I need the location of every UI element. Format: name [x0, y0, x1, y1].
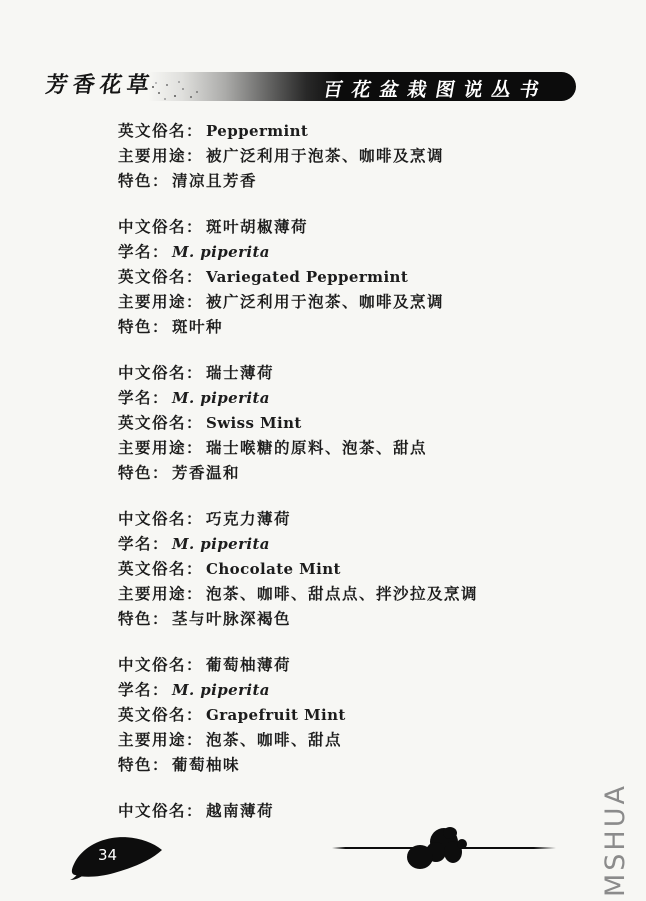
series-title-left: 芳香花草 — [44, 68, 157, 100]
field-value: Swiss Mint — [206, 414, 302, 432]
field-line: 主要用途：泡茶、咖啡、甜点 — [118, 728, 588, 753]
field-line: 中文俗名：越南薄荷 — [118, 799, 588, 824]
field-line: 特色：斑叶种 — [118, 315, 588, 340]
field-label: 特色： — [118, 172, 169, 190]
field-label: 学名： — [118, 681, 169, 699]
entry-block: 英文俗名：Peppermint 主要用途：被广泛利用于泡茶、咖啡及烹调 特色：清… — [118, 119, 588, 194]
field-value: Peppermint — [206, 122, 308, 140]
field-line: 学名：M. piperita — [118, 678, 588, 703]
field-value: 瑞士喉糖的原料、泡茶、甜点 — [206, 439, 427, 457]
field-value: 葡萄柚薄荷 — [206, 656, 291, 674]
series-banner: 百花盆栽图说丛书 — [148, 72, 576, 101]
field-label: 特色： — [118, 756, 169, 774]
entry-block: 中文俗名：越南薄荷 — [118, 799, 588, 824]
field-label: 主要用途： — [118, 731, 203, 749]
field-value: 巧克力薄荷 — [206, 510, 291, 528]
field-value: M. piperita — [172, 535, 270, 553]
field-label: 中文俗名： — [118, 218, 203, 236]
field-line: 特色：葡萄柚味 — [118, 753, 588, 778]
scanned-book-page: 芳香花草 百花盆栽图说丛书 英文俗名：Peppermint 主要用途：被广泛利用… — [0, 0, 646, 901]
field-label: 学名： — [118, 535, 169, 553]
field-value: Variegated Peppermint — [206, 268, 408, 286]
field-label: 主要用途： — [118, 293, 203, 311]
field-value: 越南薄荷 — [206, 802, 274, 820]
field-label: 英文俗名： — [118, 268, 203, 286]
entry-block: 中文俗名：巧克力薄荷 学名：M. piperita 英文俗名：Chocolate… — [118, 507, 588, 632]
field-line: 学名：M. piperita — [118, 240, 588, 265]
field-value: 葡萄柚味 — [172, 756, 240, 774]
field-line: 中文俗名：葡萄柚薄荷 — [118, 653, 588, 678]
field-line: 特色：清凉且芳香 — [118, 169, 588, 194]
field-value: 芳香温和 — [172, 464, 240, 482]
page-number-leaf: 34 — [70, 834, 164, 880]
field-line: 主要用途：被广泛利用于泡茶、咖啡及烹调 — [118, 290, 588, 315]
leaf-icon: 34 — [70, 834, 164, 880]
field-value: M. piperita — [172, 681, 270, 699]
field-line: 学名：M. piperita — [118, 386, 588, 411]
field-label: 英文俗名： — [118, 122, 203, 140]
field-line: 中文俗名：瑞士薄荷 — [118, 361, 588, 386]
field-line: 主要用途：被广泛利用于泡茶、咖啡及烹调 — [118, 144, 588, 169]
banner-title: 百花盆栽图说丛书 — [322, 75, 551, 102]
field-label: 中文俗名： — [118, 656, 203, 674]
watermark: MSHUA — [600, 775, 640, 901]
field-value: Chocolate Mint — [206, 560, 341, 578]
field-label: 主要用途： — [118, 585, 203, 603]
field-line: 中文俗名：斑叶胡椒薄荷 — [118, 215, 588, 240]
field-label: 特色： — [118, 464, 169, 482]
field-value: M. piperita — [172, 389, 270, 407]
field-value: 清凉且芳香 — [172, 172, 257, 190]
field-value: 被广泛利用于泡茶、咖啡及烹调 — [206, 293, 444, 311]
entry-block: 中文俗名：斑叶胡椒薄荷 学名：M. piperita 英文俗名：Variegat… — [118, 215, 588, 340]
field-value: Grapefruit Mint — [206, 706, 346, 724]
ink-speckle-decoration — [152, 86, 154, 88]
field-label: 学名： — [118, 389, 169, 407]
field-value: M. piperita — [172, 243, 270, 261]
field-line: 主要用途：瑞士喉糖的原料、泡茶、甜点 — [118, 436, 588, 461]
field-label: 英文俗名： — [118, 414, 203, 432]
ink-blot-decoration — [400, 826, 480, 874]
field-line: 英文俗名：Grapefruit Mint — [118, 703, 588, 728]
field-value: 斑叶胡椒薄荷 — [206, 218, 308, 236]
field-value: 被广泛利用于泡茶、咖啡及烹调 — [206, 147, 444, 165]
field-label: 学名： — [118, 243, 169, 261]
field-value: 斑叶种 — [172, 318, 223, 336]
field-label: 中文俗名： — [118, 510, 203, 528]
field-label: 英文俗名： — [118, 706, 203, 724]
field-label: 主要用途： — [118, 439, 203, 457]
field-label: 中文俗名： — [118, 802, 203, 820]
field-line: 中文俗名：巧克力薄荷 — [118, 507, 588, 532]
field-line: 英文俗名：Swiss Mint — [118, 411, 588, 436]
page-body-text: 英文俗名：Peppermint 主要用途：被广泛利用于泡茶、咖啡及烹调 特色：清… — [118, 119, 588, 845]
field-line: 英文俗名：Chocolate Mint — [118, 557, 588, 582]
field-line: 英文俗名：Peppermint — [118, 119, 588, 144]
entry-block: 中文俗名：瑞士薄荷 学名：M. piperita 英文俗名：Swiss Mint… — [118, 361, 588, 486]
field-label: 特色： — [118, 610, 169, 628]
field-label: 英文俗名： — [118, 560, 203, 578]
field-value: 泡茶、咖啡、甜点 — [206, 731, 342, 749]
field-line: 主要用途：泡茶、咖啡、甜点点、拌沙拉及烹调 — [118, 582, 588, 607]
field-line: 英文俗名：Variegated Peppermint — [118, 265, 588, 290]
field-value: 泡茶、咖啡、甜点点、拌沙拉及烹调 — [206, 585, 478, 603]
entry-block: 中文俗名：葡萄柚薄荷 学名：M. piperita 英文俗名：Grapefrui… — [118, 653, 588, 778]
field-line: 特色：茎与叶脉深褐色 — [118, 607, 588, 632]
field-label: 主要用途： — [118, 147, 203, 165]
field-line: 学名：M. piperita — [118, 532, 588, 557]
field-value: 茎与叶脉深褐色 — [172, 610, 291, 628]
field-line: 特色：芳香温和 — [118, 461, 588, 486]
field-label: 中文俗名： — [118, 364, 203, 382]
page-number: 34 — [98, 846, 117, 864]
field-value: 瑞士薄荷 — [206, 364, 274, 382]
field-label: 特色： — [118, 318, 169, 336]
